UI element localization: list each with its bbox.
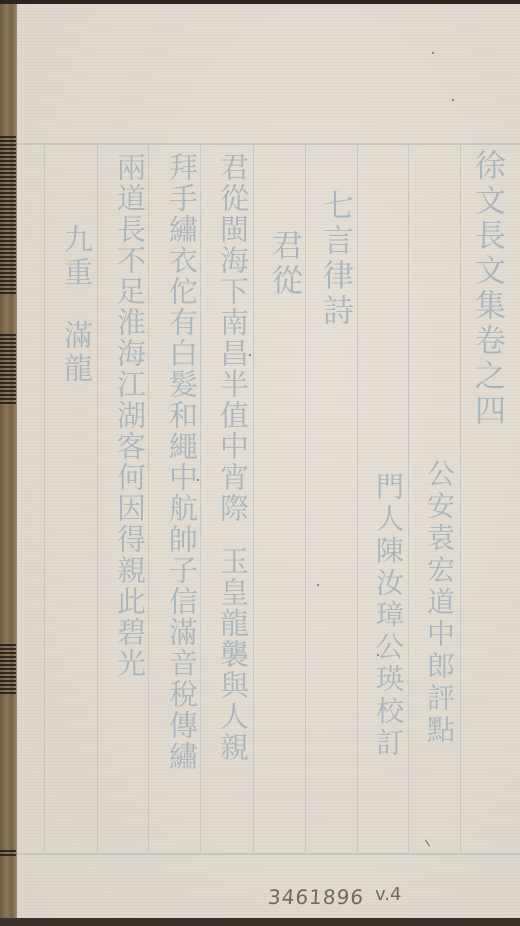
column-rule	[408, 145, 409, 853]
spine-stitching	[0, 334, 16, 404]
book-spine	[0, 4, 17, 918]
spine-stitching	[0, 644, 16, 694]
next-poem-title: 九重滿龍	[55, 224, 99, 386]
poem-title: 君從	[262, 229, 306, 299]
next-poem-title-tail: 滿龍	[60, 320, 94, 386]
editor-credit-text: 門人陳汝璋公瑛校訂	[372, 472, 405, 760]
poem-line-text: 拜手繡衣佗有白髮和繩中航帥子信滿音稅傳繡	[165, 152, 199, 772]
editor-credit: 門人陳汝璋公瑛校訂	[364, 472, 408, 760]
poem-title-text: 君從	[266, 229, 302, 299]
author-credit: 公安袁宏道中郎評點	[415, 459, 459, 747]
poem-line-text: 兩道長不足淮海江湖客何因得親此碧光	[113, 152, 147, 679]
library-volume-mark: v.4	[375, 884, 401, 905]
book-page: 徐文長文集卷之四 公安袁宏道中郎評點 門人陳汝璋公瑛校訂 七言律詩 君從 君從閩…	[17, 4, 520, 918]
column-rule	[44, 145, 45, 853]
poem-line: 兩道長不足淮海江湖客何因得親此碧光	[107, 152, 151, 679]
poem-line-text-tail: 玉皇龍襲與人親	[216, 546, 250, 763]
poem-line: 君從閩海下南昌半值中宵際玉皇龍襲與人親	[210, 152, 254, 763]
frame-top-rule	[17, 143, 520, 145]
page-bottom-edge	[0, 918, 520, 926]
volume-title-text: 徐文長文集卷之四	[469, 149, 505, 429]
section-heading: 七言律詩	[313, 189, 357, 329]
poem-line: 拜手繡衣佗有白髮和繩中航帥子信滿音稅傳繡	[159, 152, 203, 772]
volume-title: 徐文長文集卷之四	[465, 149, 509, 429]
spine-stitching	[0, 134, 16, 294]
spine-stitching	[0, 848, 16, 856]
poem-line-text: 君從閩海下南昌半值中宵際	[216, 152, 250, 524]
section-heading-text: 七言律詩	[317, 189, 353, 329]
author-credit-text: 公安袁宏道中郎評點	[423, 459, 456, 747]
library-call-number: 3461896	[267, 885, 365, 909]
column-rule	[460, 145, 461, 853]
next-poem-title-text: 九重	[60, 224, 94, 290]
scanned-page: 徐文長文集卷之四 公安袁宏道中郎評點 門人陳汝璋公瑛校訂 七言律詩 君從 君從閩…	[0, 0, 520, 926]
frame-bottom-rule	[17, 853, 520, 855]
column-rule	[357, 145, 358, 853]
